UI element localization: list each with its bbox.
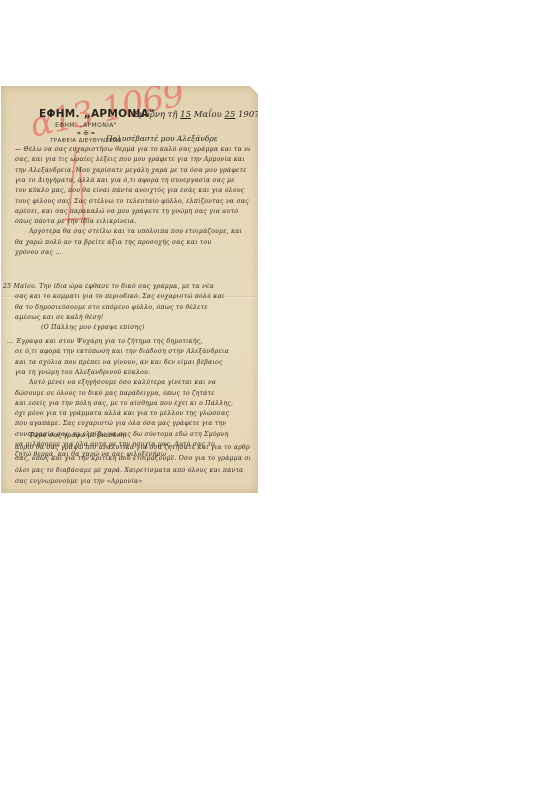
dateline-day-new: 25	[224, 110, 235, 120]
handwritten-line: όχι μόνο για τα γράμματα αλλά και για το…	[15, 410, 250, 420]
handwritten-line: χρόνου σας ...	[15, 249, 250, 259]
handwritten-line: για τη γνώμη του Αλεξανδρινού κύκλου.	[15, 369, 250, 379]
handwritten-line: όλοι μας το διαβάσαμε με χαρά. Χαιρετίσμ…	[15, 467, 250, 477]
handwritten-line: που αγαπάμε. Σας ευχαριστώ για όλα όσα μ…	[15, 420, 250, 430]
handwritten-line: αύριο θα σας γράψω πιο αναλυτικά για όσα…	[15, 444, 250, 454]
handwritten-line: σας ευγνωμονούμε για την «Αρμονία»	[15, 478, 250, 488]
handwritten-line: σας, όπως και για την κριτική που ετοιμά…	[15, 455, 250, 465]
handwritten-line: θα χαρώ πολύ αν τα βρείτε άξια της προσο…	[15, 239, 250, 249]
dateline-year: 1907	[238, 110, 258, 120]
handwritten-line: Τώρα σας γράφω με βιασύνη.	[29, 432, 250, 442]
handwritten-line: τους φίλους σας. Σας στέλνω το τελευταίο…	[15, 198, 250, 208]
handwritten-line: θα το δημοσιεύσουμε στο επόμενο φύλλο, ό…	[15, 304, 250, 314]
handwritten-line: δώσουμε σε όλους το δικό μας παράδειγμα,…	[15, 390, 250, 400]
handwritten-line: — Θέλω να σας ευχαριστήσω θερμά για το κ…	[15, 146, 250, 156]
handwritten-line: 25 Μαΐου. Την ίδια ώρα έφθασε το δικό σα…	[3, 283, 250, 293]
handwritten-line: και τα σχόλια που πρέπει να γίνουν, αν κ…	[15, 359, 250, 369]
handwritten-line: όπως πάντα με την ίδια ειλικρίνεια.	[15, 218, 250, 228]
handwritten-line: Αργότερα θα σας στείλω και τα υπόλοιπα π…	[29, 228, 250, 238]
handwritten-line: ... Έγραψα και στον Ψυχάρη για το ζήτημα…	[7, 338, 250, 348]
handwritten-line: την Αλεξάνδρεια. Μου χαρίσατε μεγάλη χαρ…	[15, 167, 250, 177]
handwritten-line: για το Διηγήματα, αλλά και για ό,τι αφορ…	[15, 177, 250, 187]
newspaper-sub-masthead: ΕΦΗΜ. „ΑΡΜΟΝΙΑ"	[31, 122, 141, 129]
handwritten-line: σε ό,τι αφορά την εκτύπωση και την διάδο…	[15, 348, 250, 358]
handwritten-line: και εσείς για την πόλη σας, με το αίσθημ…	[15, 400, 250, 410]
dateline-month: Μαΐου	[194, 110, 222, 120]
salutation: Πολυσέβαστέ μου Αλεξάνδρε	[106, 134, 218, 143]
newspaper-masthead: ΕΦΗΜ. „ΑΡΜΟΝΙΑ"	[39, 108, 141, 120]
dateline: Σμύρνη τῇ 15 Μαΐου 25 1907	[133, 110, 255, 120]
handwritten-line: αμέσως και σε καλή θέση!	[15, 314, 250, 324]
handwritten-line: σας και το κομμάτι για το περιοδικό. Σας…	[15, 293, 250, 303]
letter-page: α13 1069 ΕΦΗΜ. „ΑΡΜΟΝΙΑ" ΕΦΗΜ. „ΑΡΜΟΝΙΑ"…	[1, 86, 258, 493]
handwritten-line: Αυτό μένει να εξηγήσουμε όσο καλύτερα γί…	[29, 379, 250, 389]
dateline-place: Σμύρνη	[133, 110, 165, 120]
dateline-day-old: 15	[180, 110, 191, 120]
handwritten-line: τον κύκλο μας, που θα είναι πάντα ανοιχτ…	[15, 187, 250, 197]
handwritten-line: σας, και για τις ωραίες λέξεις που μου γ…	[15, 156, 250, 166]
handwritten-line: αρέσει, και σας παρακαλώ να μου γράψετε …	[15, 208, 250, 218]
handwritten-line: (Ο Πάλλης μου έγραψε επίσης)	[41, 324, 250, 334]
